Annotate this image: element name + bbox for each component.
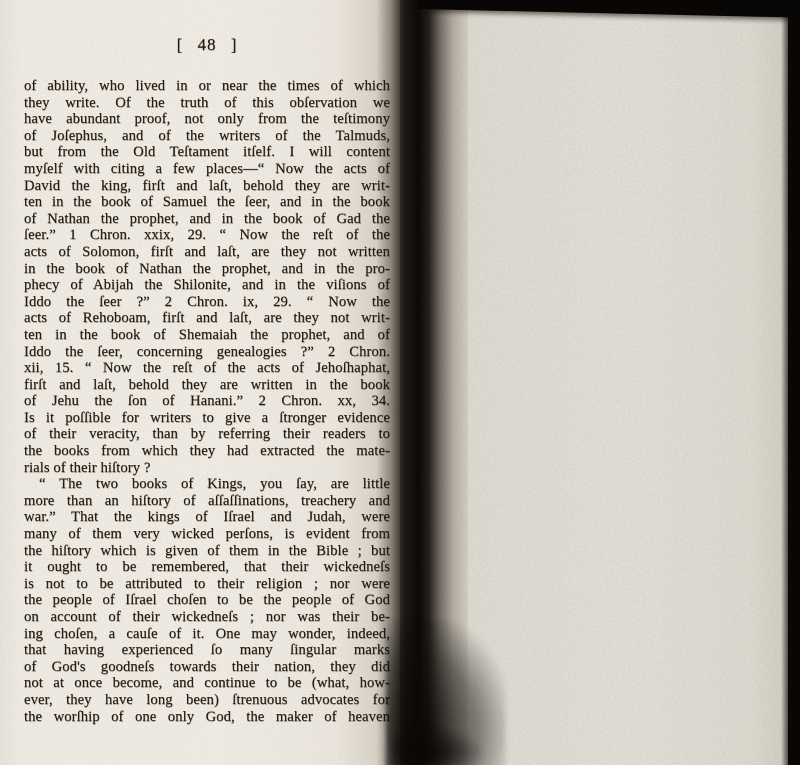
text-line: acts of Rehoboam, firſt and laſt, are th… xyxy=(24,310,390,327)
text-line: have abundant proof, not only from the t… xyxy=(24,111,390,128)
page-49: [ 49 ] and earth. This was the purpoſe f… xyxy=(400,0,788,765)
text-line: of God's goodneſs towards their nation, … xyxy=(24,659,390,676)
text-line: war.” That the kings of Iſrael and Judah… xyxy=(24,509,390,526)
text-line: the worſhip of one only God, the maker o… xyxy=(24,709,390,726)
text-line: rials of their hiſtory ? xyxy=(24,460,390,477)
text-line: Iddo the ſeer, concerning genealogies ?”… xyxy=(24,344,390,361)
text-line: Is it poſſible for writers to give a ſtr… xyxy=(24,410,390,427)
page-edge-shadow-right xyxy=(781,0,800,765)
text-line: phecy of Abijah the Shilonite, and in th… xyxy=(24,277,390,294)
text-line: of Joſephus, and of the writers of the T… xyxy=(24,128,390,145)
text-line: but from the Old Teſtament itſelf. I wil… xyxy=(24,144,390,161)
text-line: of Nathan the prophet, and in the book o… xyxy=(24,211,390,228)
text-line: ing choſen, a cauſe of it. One may wonde… xyxy=(24,626,390,643)
text-line: firſt and laſt, behold they are written … xyxy=(24,377,390,394)
page-48-body: of ability, who lived in or near the tim… xyxy=(24,78,390,725)
text-line: the hiſtory which is given of them in th… xyxy=(24,543,390,560)
text-line: it ought to be remembered, that their wi… xyxy=(24,559,390,576)
text-line: the people of Iſrael choſen to be the pe… xyxy=(24,592,390,609)
text-line: xii, 15. “ Now the reſt of the acts of J… xyxy=(24,360,390,377)
text-line: of ability, who lived in or near the tim… xyxy=(24,78,390,95)
page-48-text-column: [ 48 ] of ability, who lived in or near … xyxy=(24,34,390,725)
text-line: not at once become, and continue to be (… xyxy=(24,675,390,692)
text-line: acts of Solomon, firſt and laſt, are the… xyxy=(24,244,390,261)
text-line: David the king, firſt and laſt, behold t… xyxy=(24,178,390,195)
text-line: ſeer.” 1 Chron. xxix, 29. “ Now the reſt… xyxy=(24,227,390,244)
text-line: that having experienced ſo many ſingular… xyxy=(24,642,390,659)
text-line: the books from which they had extracted … xyxy=(24,443,390,460)
text-line: of their veracity, than by referring the… xyxy=(24,426,390,443)
text-line: they write. Of the truth of this obſerva… xyxy=(24,95,390,112)
page-48-number: [ 48 ] xyxy=(24,34,390,56)
text-line: ever, they have long been) ſtrenuous adv… xyxy=(24,692,390,709)
page-48: [ 48 ] of ability, who lived in or near … xyxy=(0,0,400,765)
text-line: many of them very wicked perſons, is evi… xyxy=(24,526,390,543)
text-line: “ The two books of Kings, you ſay, are l… xyxy=(24,476,390,493)
text-line: more than an hiſtory of aſſaſſinations, … xyxy=(24,493,390,510)
text-line: on account of their wickedneſs ; nor was… xyxy=(24,609,390,626)
text-line: myſelf with citing a few places—“ Now th… xyxy=(24,161,390,178)
book-scan: [ 48 ] of ability, who lived in or near … xyxy=(0,0,800,765)
text-line: is not to be attributed to their religio… xyxy=(24,576,390,593)
text-line: of Jehu the ſon of Hanani.” 2 Chron. xx,… xyxy=(24,393,390,410)
text-line: Iddo the ſeer ?” 2 Chron. ix, 29. “ Now … xyxy=(24,294,390,311)
text-line: in the book of Nathan the prophet, and i… xyxy=(24,261,390,278)
text-line: ten in the book of Samuel the ſeer, and … xyxy=(24,194,390,211)
text-line: ten in the book of Shemaiah the prophet,… xyxy=(24,327,390,344)
